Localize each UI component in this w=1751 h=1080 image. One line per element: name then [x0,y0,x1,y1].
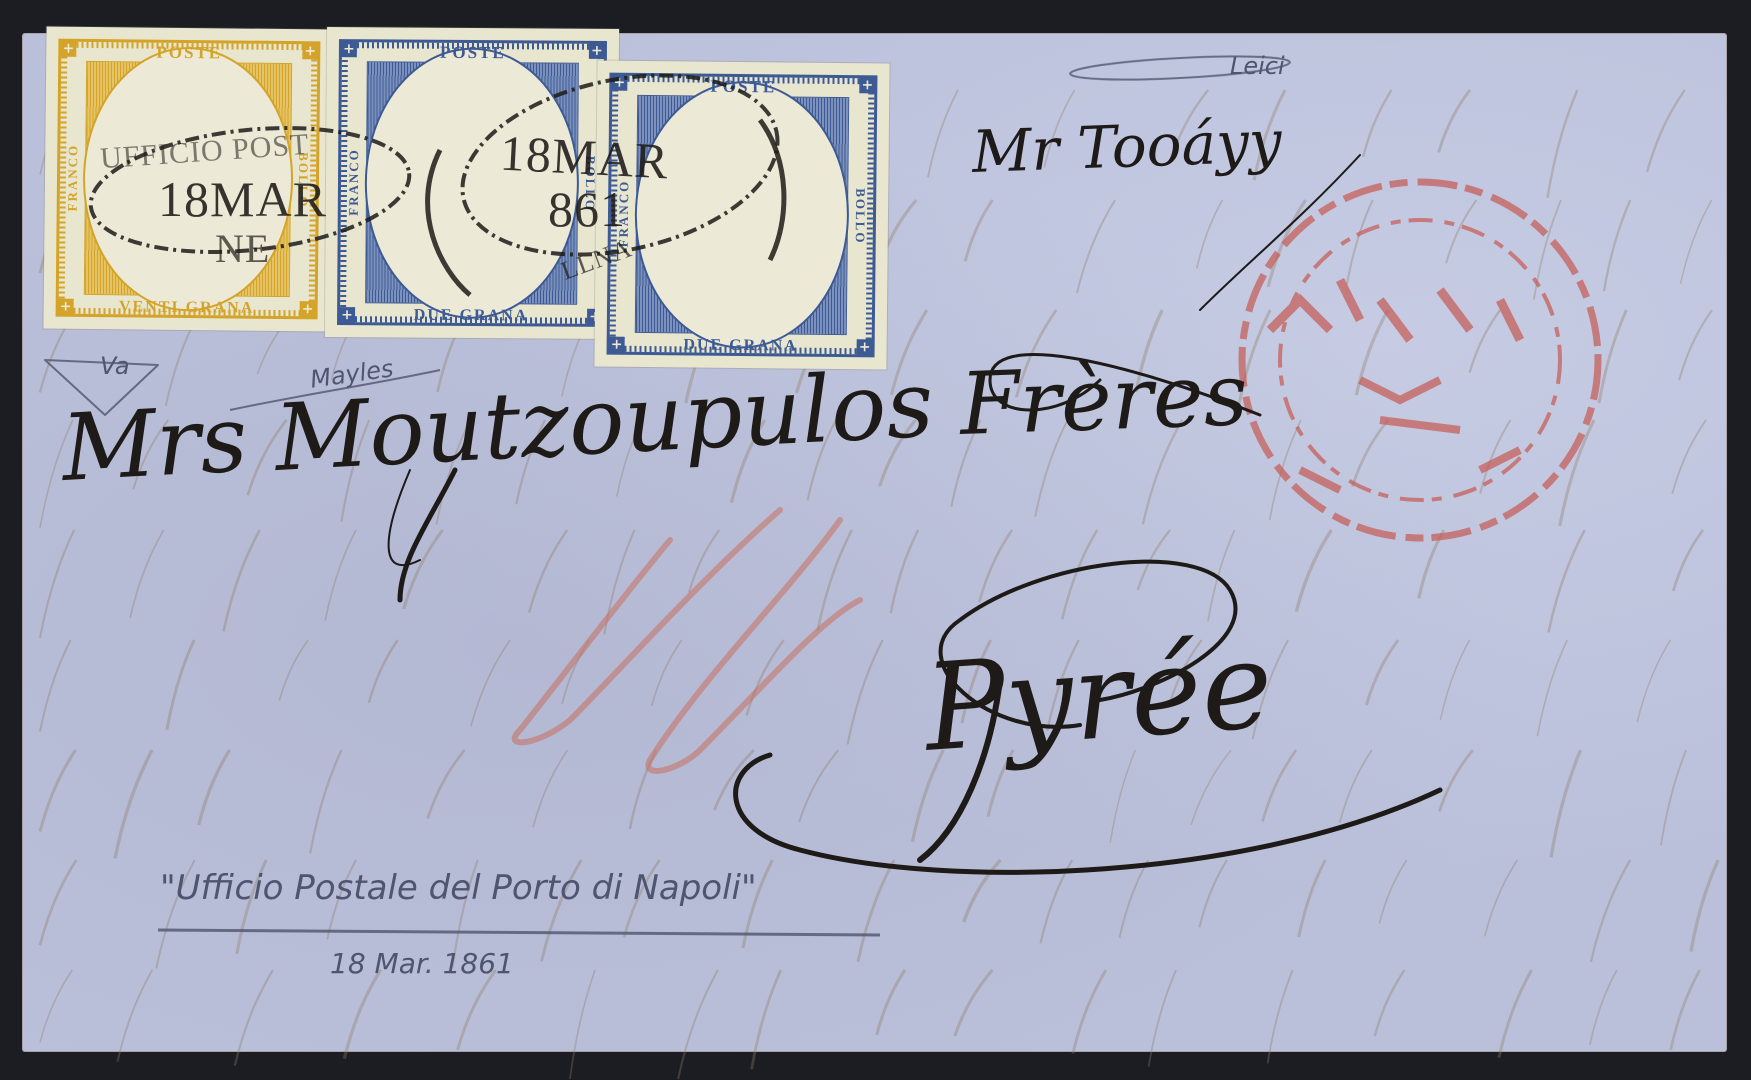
pencil-triangle-mark: Va [100,352,130,380]
stamp-right-label: BOLLO [852,188,869,244]
pencil-date-note: 18 Mar. 1861 [330,947,514,980]
postmark-fragment-ne: NE [215,225,270,272]
postmark-year: 861 [548,180,626,238]
stamp-top-label: POSTE [327,42,619,64]
postmark-date-left: 18MAR [158,170,327,228]
addressee-title: Mrs [59,385,250,502]
stamp-top-label: POSTE [597,75,889,98]
stamp-value-label: DUE GRANA [595,335,887,356]
ship-name-handwriting: Mr Tooáyy [971,107,1283,186]
stamp-left-label: FRANCO [65,144,82,212]
stamp-2-grana-blue-right: + + + + POSTE DUE GRANA FRANCO BOLLO [594,60,889,369]
stamp-left-label: FRANCO [346,148,362,216]
stamp-top-label: POSTE [46,42,332,65]
stamp-value-label: DUE GRANA [325,306,617,326]
pencil-provenance-note: "Ufficio Postale del Porto di Napoli" [160,868,757,908]
pencil-top-right-note: Leici [1230,52,1285,80]
destination-city: Pyrée [920,616,1277,779]
addressee-suffix: Frères [958,345,1249,455]
stamp-value-label: VENTI GRANA [44,297,330,318]
